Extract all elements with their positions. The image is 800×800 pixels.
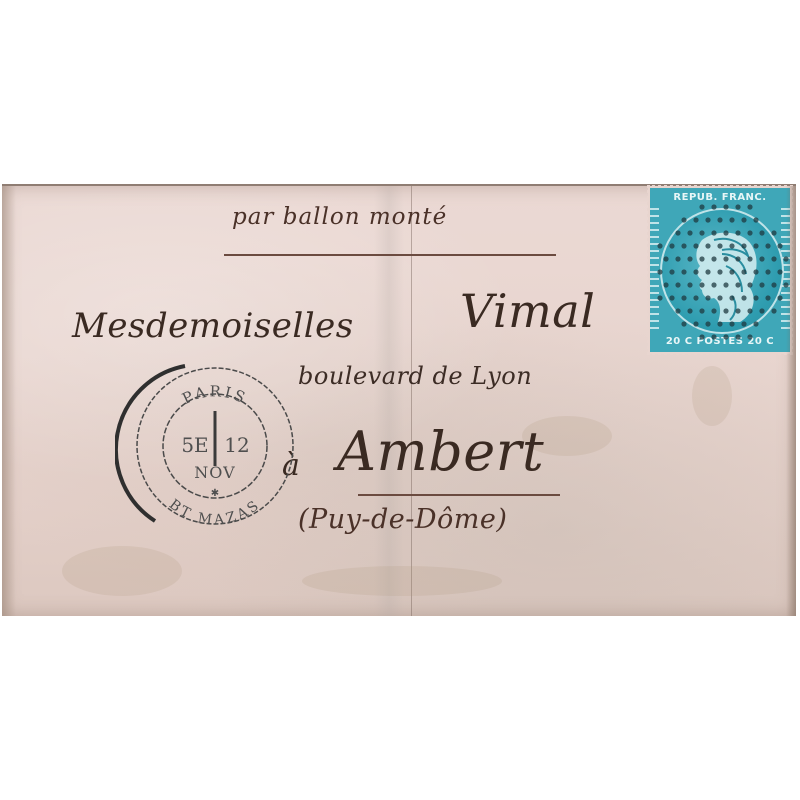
svg-text:✱: ✱ — [211, 488, 219, 499]
postmark-bottom-text: BT MAZAS — [166, 496, 264, 528]
postmark-month: NOV — [194, 463, 235, 482]
addressee-name: Vimal — [460, 284, 595, 338]
postmark-hour: 5E — [181, 433, 208, 457]
paper-stain — [692, 366, 732, 426]
svg-text:PARIS: PARIS — [179, 382, 250, 408]
star-cancellation-icon — [650, 188, 790, 352]
header-underline — [224, 254, 556, 256]
paper-stain — [302, 566, 502, 596]
paper-stain — [62, 546, 182, 596]
letter-cover: par ballon monté Mesdemoiselles Vimal bo… — [2, 184, 796, 616]
postage-stamp: REPUB. FRANC. 20 C POSTES 20 C — [650, 188, 790, 352]
header-note: par ballon monté — [232, 204, 447, 230]
city-underline — [358, 494, 560, 496]
street-address: boulevard de Lyon — [298, 362, 532, 390]
addressee-title: Mesdemoiselles — [72, 306, 354, 346]
postmark-top-text: PARIS — [179, 382, 250, 408]
svg-text:BT MAZAS: BT MAZAS — [166, 496, 264, 528]
destination-region: (Puy-de-Dôme) — [298, 504, 507, 535]
postmark-day: 12 — [224, 433, 249, 457]
fold-line — [411, 186, 412, 616]
paris-postmark: PARIS BT MAZAS 5E 12 NOV ✱ — [115, 346, 315, 546]
fold-shadow — [374, 186, 404, 616]
destination-city: Ambert — [337, 420, 544, 483]
